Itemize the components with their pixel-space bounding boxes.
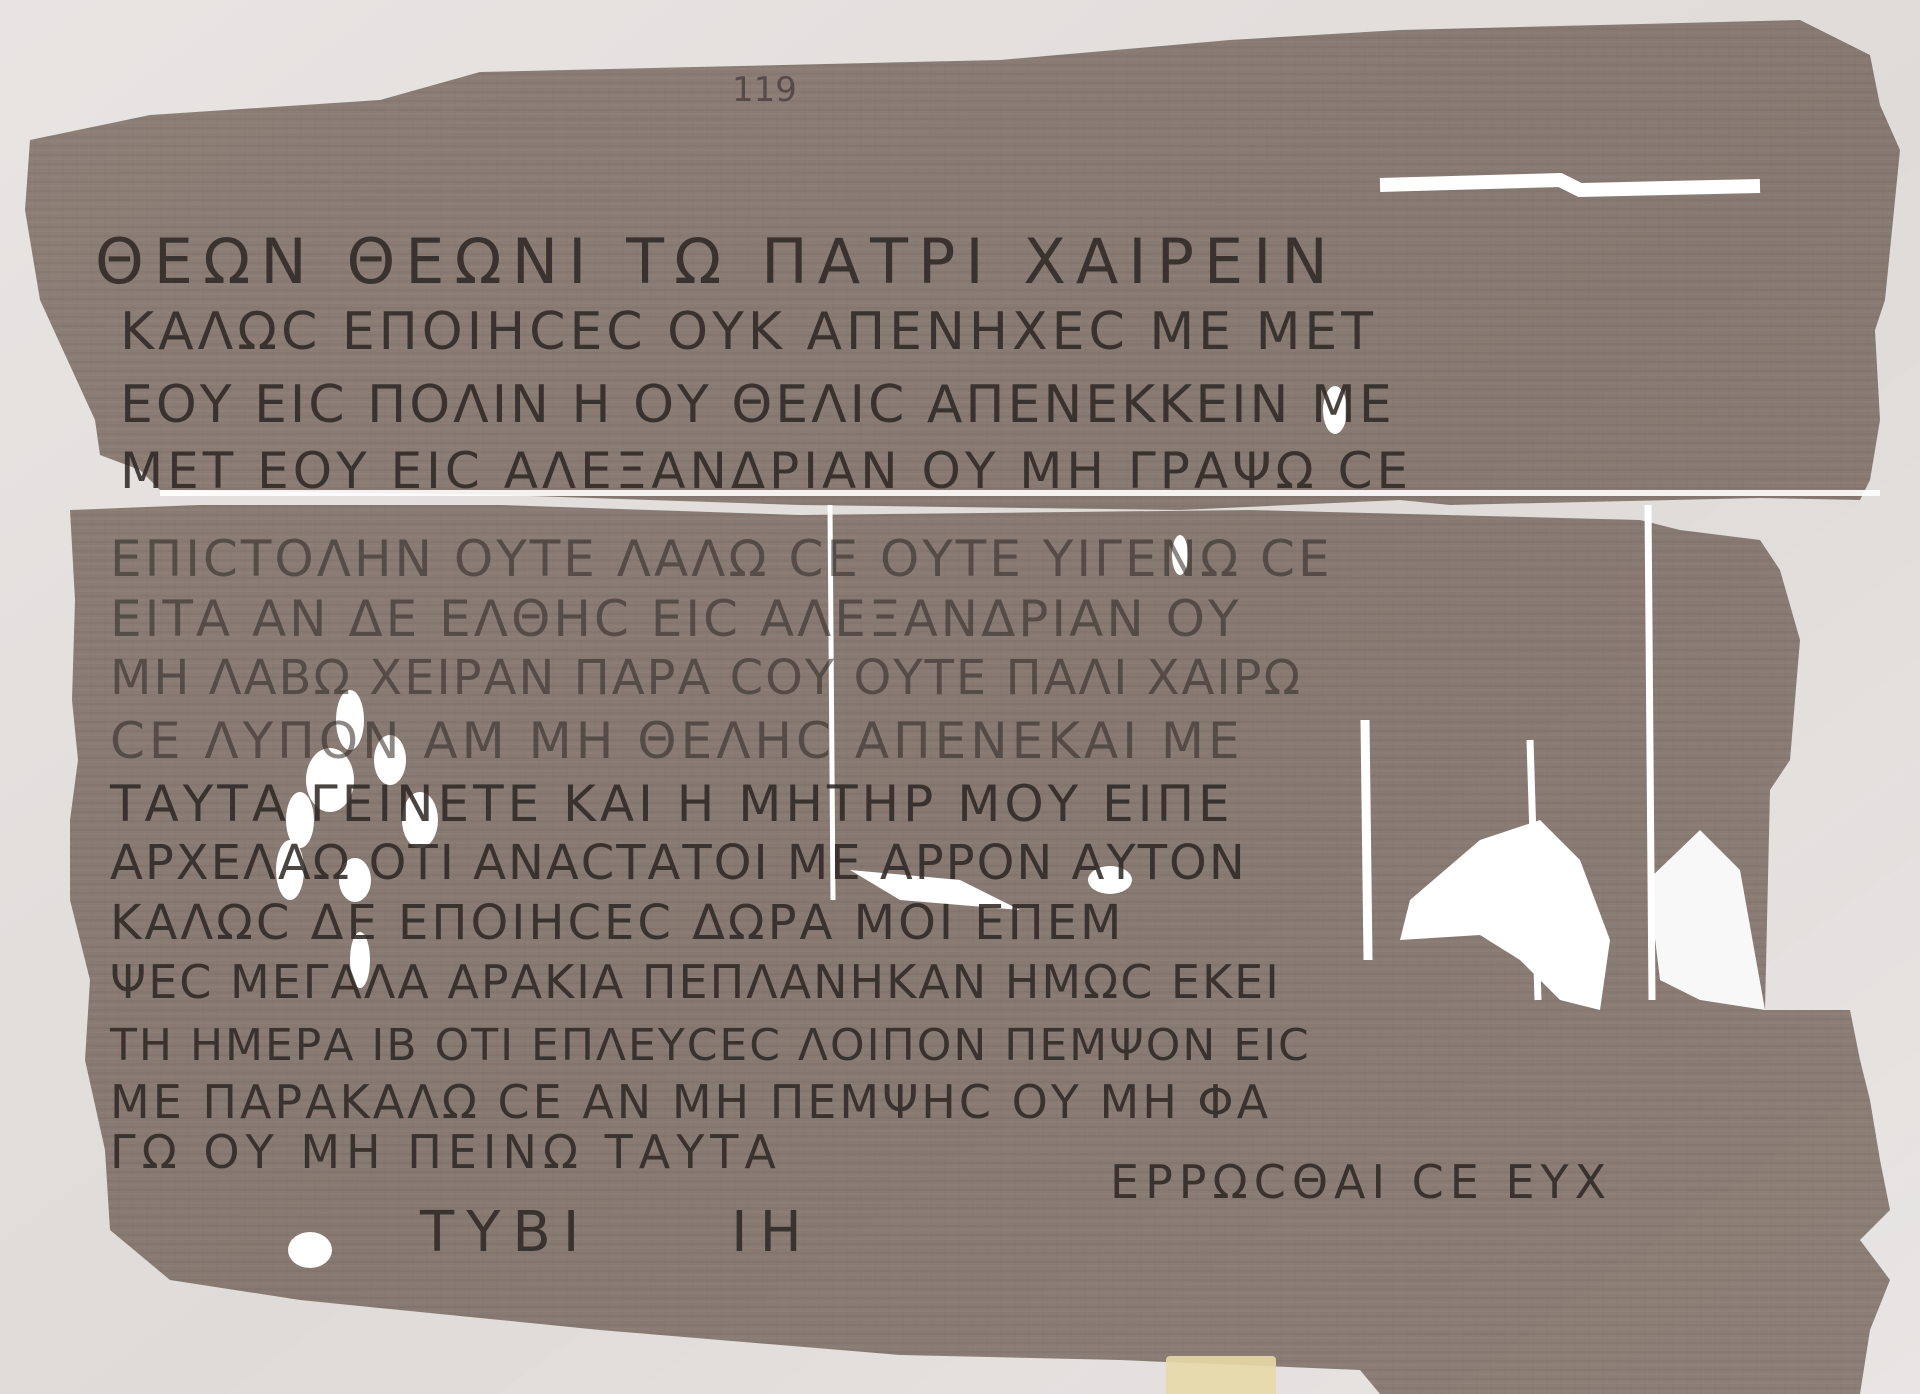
text-line-2: ΚΑΛΩϹ ΕΠΟΙΗϹΕϹ ΟΥΚ ΑΠΕΝΗΧΕϹ ΜΕ ΜΕΤ [120,302,1377,362]
text-line-13: ΤΗ ΗΜΕΡΑ ΙΒ ΟΤΙ ΕΠΛΕΥϹΕϹ ΛΟΙΠΟΝ ΠΕΜΨΟΝ Ε… [110,1020,1311,1071]
text-line-7: ΜΗ ΛΑΒΩ ΧΕΙΡΑΝ ΠΑΡΑ ϹΟΥ ΟΥΤΕ ΠΑΛΙ ΧΑΙΡΩ [110,650,1302,706]
text-line-10: ΑΡΧΕΛΑΩ ΟΤΙ ΑΝΑϹΤΑΤΟΙ ΜΕ ΑΡΡΟΝ ΑΥΤΟΝ [110,835,1247,891]
museum-label-tab [1166,1356,1276,1394]
text-line-16-farewell: ΕΡΡΩϹΘΑΙ ϹΕ ΕΥΧ [1110,1155,1612,1209]
text-line-8: ϹΕ ΛΥΠΟΝ ΑΜ ΜΗ ΘΕΛΗϹ ΑΠΕΝΕΚΑΙ ΜΕ [110,712,1244,770]
text-line-4: ΜΕΤ ΕΟΥ ΕΙϹ ΑΛΕΞΑΝΔΡΙΑΝ ΟΥ ΜΗ ΓΡΑΨΩ ϹΕ [120,442,1412,500]
text-line-11: ΚΑΛΩϹ ΔΕ ΕΠΟΙΗϹΕϹ ΔΩΡΑ ΜΟΙ ΕΠΕΜ [110,895,1124,951]
papyrus-fragment: 119 ΘΕΩΝ ΘΕΩΝΙ ΤΩ ΠΑΤΡΙ ΧΑΙΡΕΙΝ ΚΑΛΩϹ ΕΠ… [0,0,1920,1394]
text-line-15: ΓΩ ΟΥ ΜΗ ΠΕΙΝΩ ΤΑΥΤΑ [110,1125,782,1179]
museum-number: 119 [732,70,797,110]
text-line-6: ΕΙΤΑ ΑΝ ΔΕ ΕΛΘΗϹ ΕΙϹ ΑΛΕΞΑΝΔΡΙΑΝ ΟΥ [110,590,1242,648]
text-line-17-date: ΤΥΒΙ ΙΗ [420,1200,814,1265]
text-line-3: ΕΟΥ ΕΙϹ ΠΟΛΙΝ Η ΟΥ ΘΕΛΙϹ ΑΠΕΝΕΚΚΕΙΝ ΜΕ [120,375,1395,435]
text-line-5: ΕΠΙϹΤΟΛΗΝ ΟΥΤΕ ΛΑΛΩ ϹΕ ΟΥΤΕ ΥΙΓΕΝΩ ϹΕ [110,530,1333,588]
text-line-14: ΜΕ ΠΑΡΑΚΑΛΩ ϹΕ ΑΝ ΜΗ ΠΕΜΨΗϹ ΟΥ ΜΗ ΦΑ [110,1075,1271,1129]
text-line-1: ΘΕΩΝ ΘΕΩΝΙ ΤΩ ΠΑΤΡΙ ΧΑΙΡΕΙΝ [95,225,1338,298]
text-line-9: ΤΑΥΤΑ ΓΕΙΝΕΤΕ ΚΑΙ Η ΜΗΤΗΡ ΜΟΥ ΕΙΠΕ [110,775,1234,833]
text-line-12: ΨΕϹ ΜΕΓΑΛΑ ΑΡΑΚΙΑ ΠΕΠΛΑΝΗΚΑΝ ΗΜΩϹ ΕΚΕΙ [110,955,1281,1009]
